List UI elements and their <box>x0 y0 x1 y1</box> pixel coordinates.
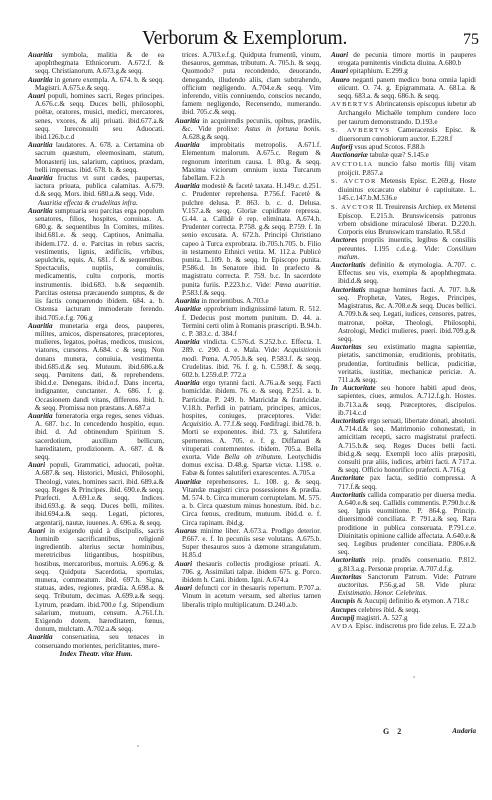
entry-continuation: trices. A.703.e.f.g. Quidputa frumentū, … <box>175 51 321 117</box>
entry-headword: Aucupis <box>331 597 355 605</box>
entry-text: fructus vt sunt cædes, paupertas, iactur… <box>35 174 164 198</box>
entry-headword: Auaritia <box>175 182 200 190</box>
cross-reference: Existimatio. Honor. Celebritas. <box>338 589 427 597</box>
entry-text: ergo seruati, libertate donati, absoluti… <box>338 417 476 474</box>
entry-headword: Auctoritatis <box>331 491 366 499</box>
index-entry: Auctionariæ tabulæ quæ? S.145.e <box>331 151 476 159</box>
page-number: 75 <box>463 31 479 49</box>
entry-text: callida comparatio per diuersa media. A.… <box>338 491 476 556</box>
entry-text: thesauris collectis prodigiose priuati. … <box>182 560 321 584</box>
entry-text: fœneratoria erga reges, senes viduas. A.… <box>35 412 164 461</box>
index-entry: Auaritia fructus vt sunt cædes, pauperta… <box>28 174 164 199</box>
entry-headword: Auaritia <box>28 633 53 641</box>
index-entry: Auctoritate pax facta, seditio compressa… <box>331 474 476 490</box>
index-entry: Auaritia vindicta. C.576.d. S.252.b.c. E… <box>175 338 321 379</box>
entry-text: modestè & facetè taxata. H.149.c. d.251.… <box>182 182 321 288</box>
index-entry: Auari thesauris collectis prodigiose pri… <box>175 560 321 585</box>
entry-headword: Auarus <box>175 527 197 535</box>
entry-headword: AVDA <box>331 623 354 630</box>
entry-headword: Auari <box>28 527 45 535</box>
page-header: Verborum & Exemplorum. 75 <box>0 28 492 52</box>
index-column-left: Auaritia symbola, malitia & de ea apopht… <box>28 51 164 658</box>
index-entry: Auctoritatis reip. prudēs conseruatio. P… <box>331 556 476 572</box>
entry-headword: Auaritia <box>28 51 53 59</box>
entry-text: symbola, malitia & de ea apophthegmata E… <box>35 51 164 75</box>
index-entry: S. AVCTOR II. Treuirensis Archiep. ex Me… <box>331 203 476 237</box>
entry-headword: Auaritia <box>28 412 53 420</box>
index-entry: Auctoritatis callida comparatio per diue… <box>331 491 476 557</box>
index-entry: Auaritia symbola, malitia & de ea apopht… <box>28 51 164 76</box>
index-entry: Auctoritas Sanctorum Patrum. Vide: Patru… <box>331 573 476 598</box>
entry-headword: S. AVBERTVS <box>331 127 390 134</box>
index-entry: Auaritia in genere exempla. A. 674. b. &… <box>28 76 164 92</box>
cross-reference: Bella ob tributum. <box>224 453 282 461</box>
entry-headword: Auctionariæ <box>331 151 368 159</box>
entry-text: magistri. A. 527.g <box>356 614 407 622</box>
index-entry: Auari de pecunia timore mortis in pauper… <box>331 51 476 67</box>
entry-text: Sanctorum Patrum. Vide: <box>368 573 449 581</box>
entry-text: neganti panem medico bona omnia lapidi e… <box>338 76 476 100</box>
entry-headword: Auctoritatis <box>331 286 366 294</box>
entry-text: populi, homines sacri, Reges principes. … <box>35 92 164 141</box>
entry-headword: AVBERTVS <box>331 101 374 108</box>
entry-text: Episc. indiscretus pro fide zelus. E. 22… <box>356 622 476 630</box>
entry-headword: Auaritiæ <box>175 305 201 313</box>
index-entry: Auaritia in acquirendis pecuniis, opibus… <box>175 117 321 142</box>
index-entry: Auctores propriis inuentis, legibus & co… <box>331 236 476 261</box>
entry-text: munetaria erga deos, pauperes, milites, … <box>35 322 164 412</box>
index-entry: Auaritiæ reprehensores. L. 108. g. & seq… <box>175 478 321 527</box>
entry-headword: Auaritiæ <box>175 478 201 486</box>
book-catchline: Index Theatr. vitæ Hum. <box>28 650 164 658</box>
entry-headword: Auaritia <box>175 117 200 125</box>
index-entry: Auaro neganti panem medico bona omnia la… <box>331 76 476 101</box>
index-entry: S. AVBERTVS Cameracensis Episc. & diuers… <box>331 126 476 143</box>
entry-headword: Auaritia <box>175 379 200 387</box>
entry-text: populi, Grammatici, aduocati, poëtæ. A.6… <box>35 461 164 526</box>
index-entry: Auforij vsus apud Scotos. F.88.h <box>331 143 476 151</box>
entry-headword: Auaritia <box>28 207 53 215</box>
entry-text: P.56.g.ad 58. Vide plura: <box>379 581 476 589</box>
index-column-right: Auari de pecunia timore mortis in pauper… <box>331 51 476 631</box>
entry-headword: Auaritia <box>28 174 53 182</box>
index-entry: S. AVCTOR Metensis Episc. E.269.g. Hoste… <box>331 177 476 203</box>
entry-text: de pecunia timore mortis in pauperes ero… <box>338 51 476 67</box>
entry-headword: Auari <box>175 584 192 592</box>
index-column-middle: trices. A.703.e.f.g. Quidputa frumentū, … <box>175 51 321 609</box>
index-entry: Auaritia laudatores. A. 678. a. Certamin… <box>28 141 164 174</box>
index-entry: Auari epitaphium. E.299.g <box>331 67 476 75</box>
entry-headword: S. AVCTOR <box>331 204 375 211</box>
cross-reference: Acquisitio. <box>182 420 213 428</box>
entry-headword: Auaritia <box>28 141 53 149</box>
entry-text: defuncti cor in thesauris repertum. P.70… <box>182 584 321 608</box>
running-title: Verborum & Exemplorum. <box>142 28 347 50</box>
entry-headword: Auctoritas <box>331 573 362 581</box>
index-entry: Aucupis & Aucupij definitio & etymon. A … <box>331 597 476 605</box>
index-entry: Auaritia ergo tyranni facti. A.76.a.& se… <box>175 379 321 477</box>
entry-headword: Auctoritate <box>331 474 364 482</box>
index-entry: AVDA Episc. indiscretus pro fide zelus. … <box>331 622 476 631</box>
cross-reference: Auaritia effecta & crudelitas infra. <box>28 199 164 207</box>
entry-headword: Aucupij <box>331 614 354 622</box>
entry-headword: Auari <box>28 461 45 469</box>
entry-headword: AVCTOLIA <box>331 161 373 168</box>
entry-text: opprobrium indignissimè latum. R. 512. f… <box>182 305 321 338</box>
index-entry: Auaritia sumptuaria seu parcitas erga po… <box>28 207 164 322</box>
entry-headword: Auari <box>175 560 192 568</box>
entry-headword: Auforij <box>331 143 352 151</box>
index-entry: Auaritiæ opprobrium indignissimè latum. … <box>175 305 321 338</box>
entry-text: A.628.g.& seqq. <box>182 133 229 141</box>
entry-text: sumptuaria seu parcitas erga populum sen… <box>35 207 164 322</box>
index-entry: Auaritia conseruatiua, seu tenaces in co… <box>28 633 164 649</box>
entry-headword: Auctoritatis <box>331 556 366 564</box>
entry-headword: Auaritia <box>28 76 53 84</box>
entry-text: & Aucupij definitio & etymon. A 718.c <box>357 597 469 605</box>
entry-text: in genere exempla. A. 674. b. & seqq. Ma… <box>35 76 164 92</box>
entry-text: P.583.f.& seqq. <box>182 289 226 297</box>
entry-headword: S. AVCTOR <box>331 178 377 185</box>
cross-reference: Pœna auaritiæ. <box>275 281 321 289</box>
index-entry: In Auctoritate seu honore habiti apud de… <box>331 384 476 417</box>
entry-text: vsus apud Scotos. F.88.h <box>354 143 424 151</box>
page-footer: G 2 Audaria <box>331 727 476 739</box>
entry-text: laudatores. A. 678. a. Certamina ob sacr… <box>35 141 164 174</box>
index-entry: Auaritia in morientibus. A.703.e <box>175 297 321 305</box>
entry-text: conseruatiua, seu tenaces in conseruando… <box>35 633 164 649</box>
entry-text: magnæ homines facti. A. 707. h.& seq. Pr… <box>338 286 476 343</box>
entry-headword: Auari <box>331 67 348 75</box>
catchword: Audaria <box>452 727 476 735</box>
index-entry: Auctoritatis definitio & etymologia. A.7… <box>331 261 476 286</box>
index-entry: Auaritia improbitatis metropolis. A.671.… <box>175 141 321 182</box>
entry-text: celebres ibid. & seqq. <box>358 606 420 614</box>
entry-text: trices. A.703.e.f.g. Quidputa frumentū, … <box>182 51 321 116</box>
index-entry: AVBERTVS Abrincatensis episcopus iubetur… <box>331 100 476 126</box>
index-entry: Auari populi, Grammatici, aduocati, poët… <box>28 461 164 527</box>
index-entry: Auctoritas seu existimatio magna sapient… <box>331 343 476 384</box>
entry-headword: In Auctoritate <box>331 384 376 392</box>
entry-text: improbitatis metropolis. A.671.f. Elemen… <box>182 141 321 182</box>
index-entry: Aucupij magistri. A. 527.g <box>331 614 476 622</box>
entry-headword: Auaritia <box>28 322 53 330</box>
index-entry: Auari defuncti cor in thesauris repertum… <box>175 584 321 609</box>
entry-text: in morientibus. A.703.e <box>201 297 268 305</box>
entry-headword: Auctoritatis <box>331 417 366 425</box>
index-entry: Auari populi, homines sacri, Reges princ… <box>28 92 164 141</box>
entry-headword: Auaritia <box>175 338 200 346</box>
entry-headword: Aucupes <box>331 606 356 614</box>
signature-mark: G 2 <box>383 727 404 736</box>
entry-text: ergo tyranni facti. A.76.a.& seqq. Facti… <box>182 379 321 420</box>
entry-headword: Auari <box>28 92 45 100</box>
entry-headword: Auctoritas <box>331 343 362 351</box>
index-entry: Auaritia modestè & facetè taxata. H.149.… <box>175 182 321 297</box>
entry-text: epitaphium. E.299.g <box>350 67 408 75</box>
entry-headword: Auari <box>331 51 348 59</box>
index-entry: Auctoritatis ergo seruati, libertate don… <box>331 417 476 474</box>
entry-headword: Auctores <box>331 236 357 244</box>
entry-text: reprehensores. L. 108. g. & seqq. Vitand… <box>182 478 321 527</box>
index-entry: Auaritia munetaria erga deos, pauperes, … <box>28 322 164 412</box>
entry-headword: Auaritia <box>175 297 200 305</box>
index-entry: Aucupes celebres ibid. & seqq. <box>331 606 476 614</box>
index-entry: Auaritia fœneratoria erga reges, senes v… <box>28 412 164 461</box>
paper-speck <box>137 745 139 747</box>
index-entry: Auari in exigendo quid à discipulis, sac… <box>28 527 164 634</box>
index-entry: Auarus minime liber. A.673.a. Prodigo de… <box>175 527 321 560</box>
index-entry: Auctoritatis magnæ homines facti. A. 707… <box>331 286 476 343</box>
paper-speck <box>413 676 415 678</box>
index-entry: AVCTOLIA nuncio falso mortis filij vitam… <box>331 160 476 177</box>
entry-text: minime liber. A.673.a. Prodigo deterior.… <box>182 527 321 560</box>
entry-text: tabulæ quæ? S.145.e <box>370 151 429 159</box>
entry-headword: Auaro <box>331 76 350 84</box>
entry-headword: Auaritia <box>175 141 200 149</box>
entry-text: Pœna. A.705.h.& seq. P.583.f. & seqq. Cr… <box>182 355 321 379</box>
entry-headword: Auctoritatis <box>331 261 366 269</box>
entry-text: in exigendo quid à discipulis, sacris ho… <box>35 527 164 633</box>
cross-reference: Astus in fortuna bonis. <box>245 125 321 133</box>
